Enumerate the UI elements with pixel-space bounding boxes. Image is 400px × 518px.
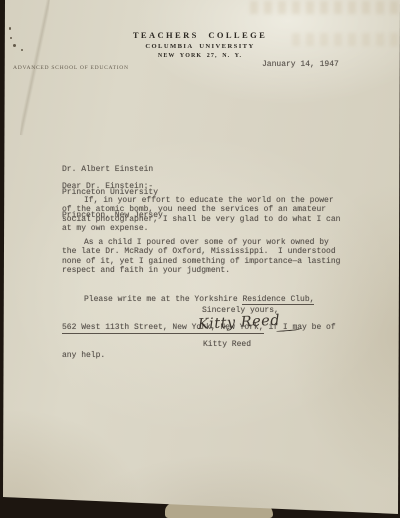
letter-date: January 14, 1947	[262, 60, 339, 69]
letter-paper: TEACHERS COLLEGE COLUMBIA UNIVERSITY NEW…	[0, 0, 400, 518]
letterhead-college: TEACHERS COLLEGE	[0, 30, 400, 40]
para3-line1-underlined-address: Residence Club,	[242, 295, 314, 306]
signature-script-text: Kitty Reed	[197, 313, 280, 333]
letterhead-university: COLUMBIA UNIVERSITY	[0, 43, 400, 50]
text-line: at my own expense.	[62, 224, 340, 233]
text-line: social photographer, I shall be very gla…	[62, 215, 340, 224]
scanned-letter-photo: TEACHERS COLLEGE COLUMBIA UNIVERSITY NEW…	[0, 0, 400, 518]
text-line: the late Dr. McRady of Oxford, Mississip…	[62, 247, 340, 256]
body-paragraph-2: As a child I poured over some of your wo…	[62, 238, 340, 276]
text-line: As a child I poured over some of your wo…	[62, 238, 340, 247]
typed-signature-name: Kitty Reed	[203, 340, 251, 349]
text-line: of the atomic bomb, you need the service…	[62, 205, 340, 214]
text-line: none of it, yet I gained something of im…	[62, 257, 340, 266]
para3-line1-text: Please write me at the Yorkshire	[84, 295, 242, 304]
letterhead-city: NEW YORK 27, N. Y.	[0, 53, 400, 59]
signature-flourish	[276, 326, 302, 332]
text-line: If, in your effort to educate the world …	[62, 196, 340, 205]
recipient-name: Dr. Albert Einstein	[62, 166, 163, 174]
letterhead: TEACHERS COLLEGE COLUMBIA UNIVERSITY NEW…	[0, 30, 400, 59]
text-line: Please write me at the Yorkshire Residen…	[62, 295, 336, 304]
letterhead-department: ADVANCED SCHOOL OF EDUCATION	[13, 65, 129, 71]
ink-bleed-through	[248, 1, 398, 14]
text-line: any help.	[62, 351, 336, 360]
body-paragraph-1: If, in your effort to educate the world …	[62, 196, 340, 234]
salutation: Dear Dr. Einstein:-	[62, 182, 153, 191]
text-line: respect and faith in your judgment.	[62, 266, 340, 275]
